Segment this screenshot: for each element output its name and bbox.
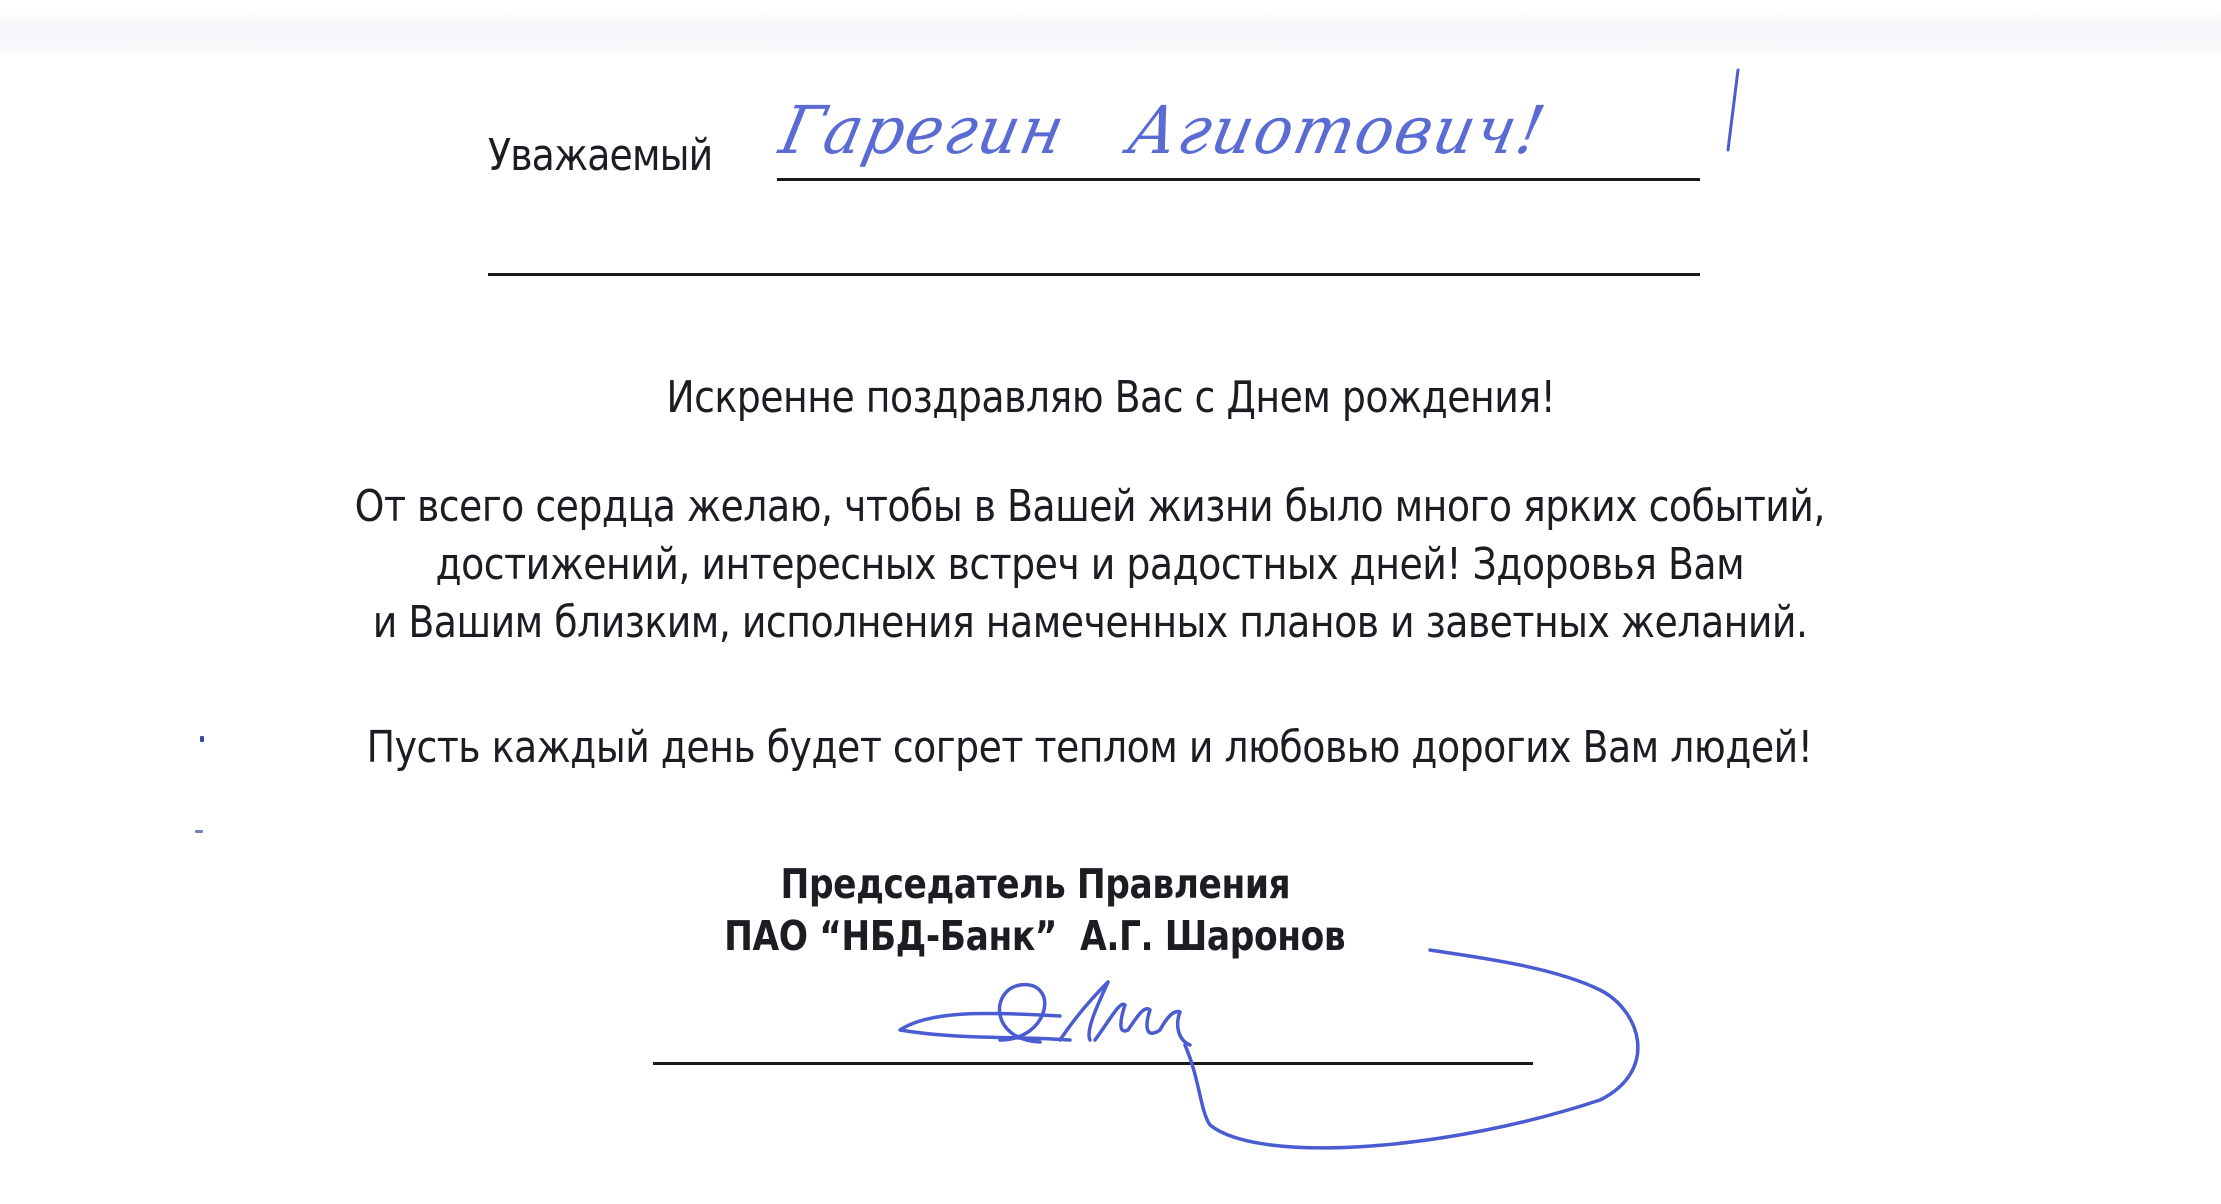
- signatory-title: Председатель Правления: [780, 858, 1290, 910]
- scan-speck: [195, 830, 203, 833]
- signatory-org-name: ПАО “НБД-Банк” А.Г. Шаронов: [724, 910, 1345, 962]
- wishes-paragraph: От всего сердца желаю, чтобы в Вашей жиз…: [0, 478, 2180, 652]
- recipient-second-line: [488, 273, 1700, 276]
- signatory-block: Председатель Правления ПАО “НБД-Банк” А.…: [0, 858, 2070, 962]
- scan-artifact-band: [0, 8, 2221, 58]
- recipient-name-line: [777, 178, 1700, 181]
- closing-line: Пусть каждый день будет согрет теплом и …: [0, 722, 2180, 773]
- greeting-line: Искренне поздравляю Вас с Днем рождения!: [0, 372, 2221, 423]
- greeting-text: Искренне поздравляю Вас с Днем рождения!: [666, 372, 1555, 423]
- body-line: От всего сердца желаю, чтобы в Вашей жиз…: [355, 478, 1825, 536]
- handwritten-recipient-name: Гарегин Агиотович!: [774, 92, 1553, 169]
- closing-text: Пусть каждый день будет согрет теплом и …: [367, 722, 1813, 773]
- signature-icon: [900, 950, 1638, 1148]
- signature-line: [653, 1062, 1533, 1065]
- scan-speck: [200, 736, 204, 742]
- body-line: и Вашим близким, исполнения намеченных п…: [373, 594, 1808, 652]
- body-line: достижений, интересных встреч и радостны…: [436, 536, 1745, 594]
- salutation-label: Уважаемый: [488, 130, 712, 181]
- handwritten-exclamation-icon: [1728, 70, 1738, 150]
